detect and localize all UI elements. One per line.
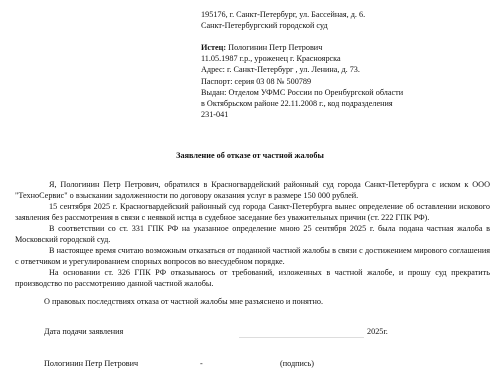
plaintiff-label: Истец: bbox=[201, 43, 226, 52]
plaintiff-name: Пологинин Петр Петрович bbox=[228, 43, 322, 52]
filing-year: 2025г. bbox=[367, 326, 388, 337]
filing-date-label: Дата подачи заявления bbox=[44, 326, 123, 337]
date-blank-line bbox=[239, 337, 364, 338]
plaintiff-birth: 11.05.1987 г.р., уроженец г. Красноярска bbox=[201, 53, 496, 64]
plaintiff-issued-3: 231-041 bbox=[201, 109, 496, 120]
signature-label: (подпись) bbox=[280, 358, 314, 369]
paragraph-4: В настоящее время считаю возможным отказ… bbox=[15, 245, 490, 267]
plaintiff-block: Истец: Пологинин Петр Петрович 11.05.198… bbox=[201, 42, 496, 120]
plaintiff-address: Адрес: г. Санкт-Петербург , ул. Ленина, … bbox=[201, 64, 496, 75]
paragraph-1: Я, Пологинин Петр Петрович, обратился в … bbox=[15, 179, 490, 201]
plaintiff-issued-1: Выдан: Отделом УФМС России по Оренбургск… bbox=[201, 87, 496, 98]
signer-name: Пологинин Петр Петрович bbox=[44, 358, 138, 369]
signature-dash: - bbox=[200, 358, 203, 369]
plaintiff-issued-2: в Октябрьском районе 22.11.2008 г., код … bbox=[201, 98, 496, 109]
paragraph-5: На основании ст. 326 ГПК РФ отказываюсь … bbox=[15, 267, 490, 289]
filing-date-row: Дата подачи заявления 2025г. bbox=[44, 326, 464, 338]
plaintiff-name-line: Истец: Пологинин Петр Петрович bbox=[201, 42, 496, 53]
plaintiff-passport: Паспорт: серия 03 08 № 500789 bbox=[201, 76, 496, 87]
court-header: 195176, г. Санкт-Петербург, ул. Бассейна… bbox=[201, 9, 496, 31]
court-name: Санкт-Петербургский городской суд bbox=[201, 20, 496, 31]
legal-notice: О правовых последствиях отказа от частно… bbox=[44, 296, 323, 307]
document-title: Заявление об отказе от частной жалобы bbox=[0, 150, 500, 161]
document-body: Я, Пологинин Петр Петрович, обратился в … bbox=[15, 179, 490, 289]
signature-row: Пологинин Петр Петрович - (подпись) bbox=[44, 358, 464, 370]
paragraph-2: 15 сентября 2025 г. Красногвардейский ра… bbox=[15, 201, 490, 223]
document-page: 195176, г. Санкт-Петербург, ул. Бассейна… bbox=[0, 0, 500, 381]
paragraph-3: В соответствии со ст. 331 ГПК РФ на указ… bbox=[15, 223, 490, 245]
court-address: 195176, г. Санкт-Петербург, ул. Бассейна… bbox=[201, 9, 496, 20]
